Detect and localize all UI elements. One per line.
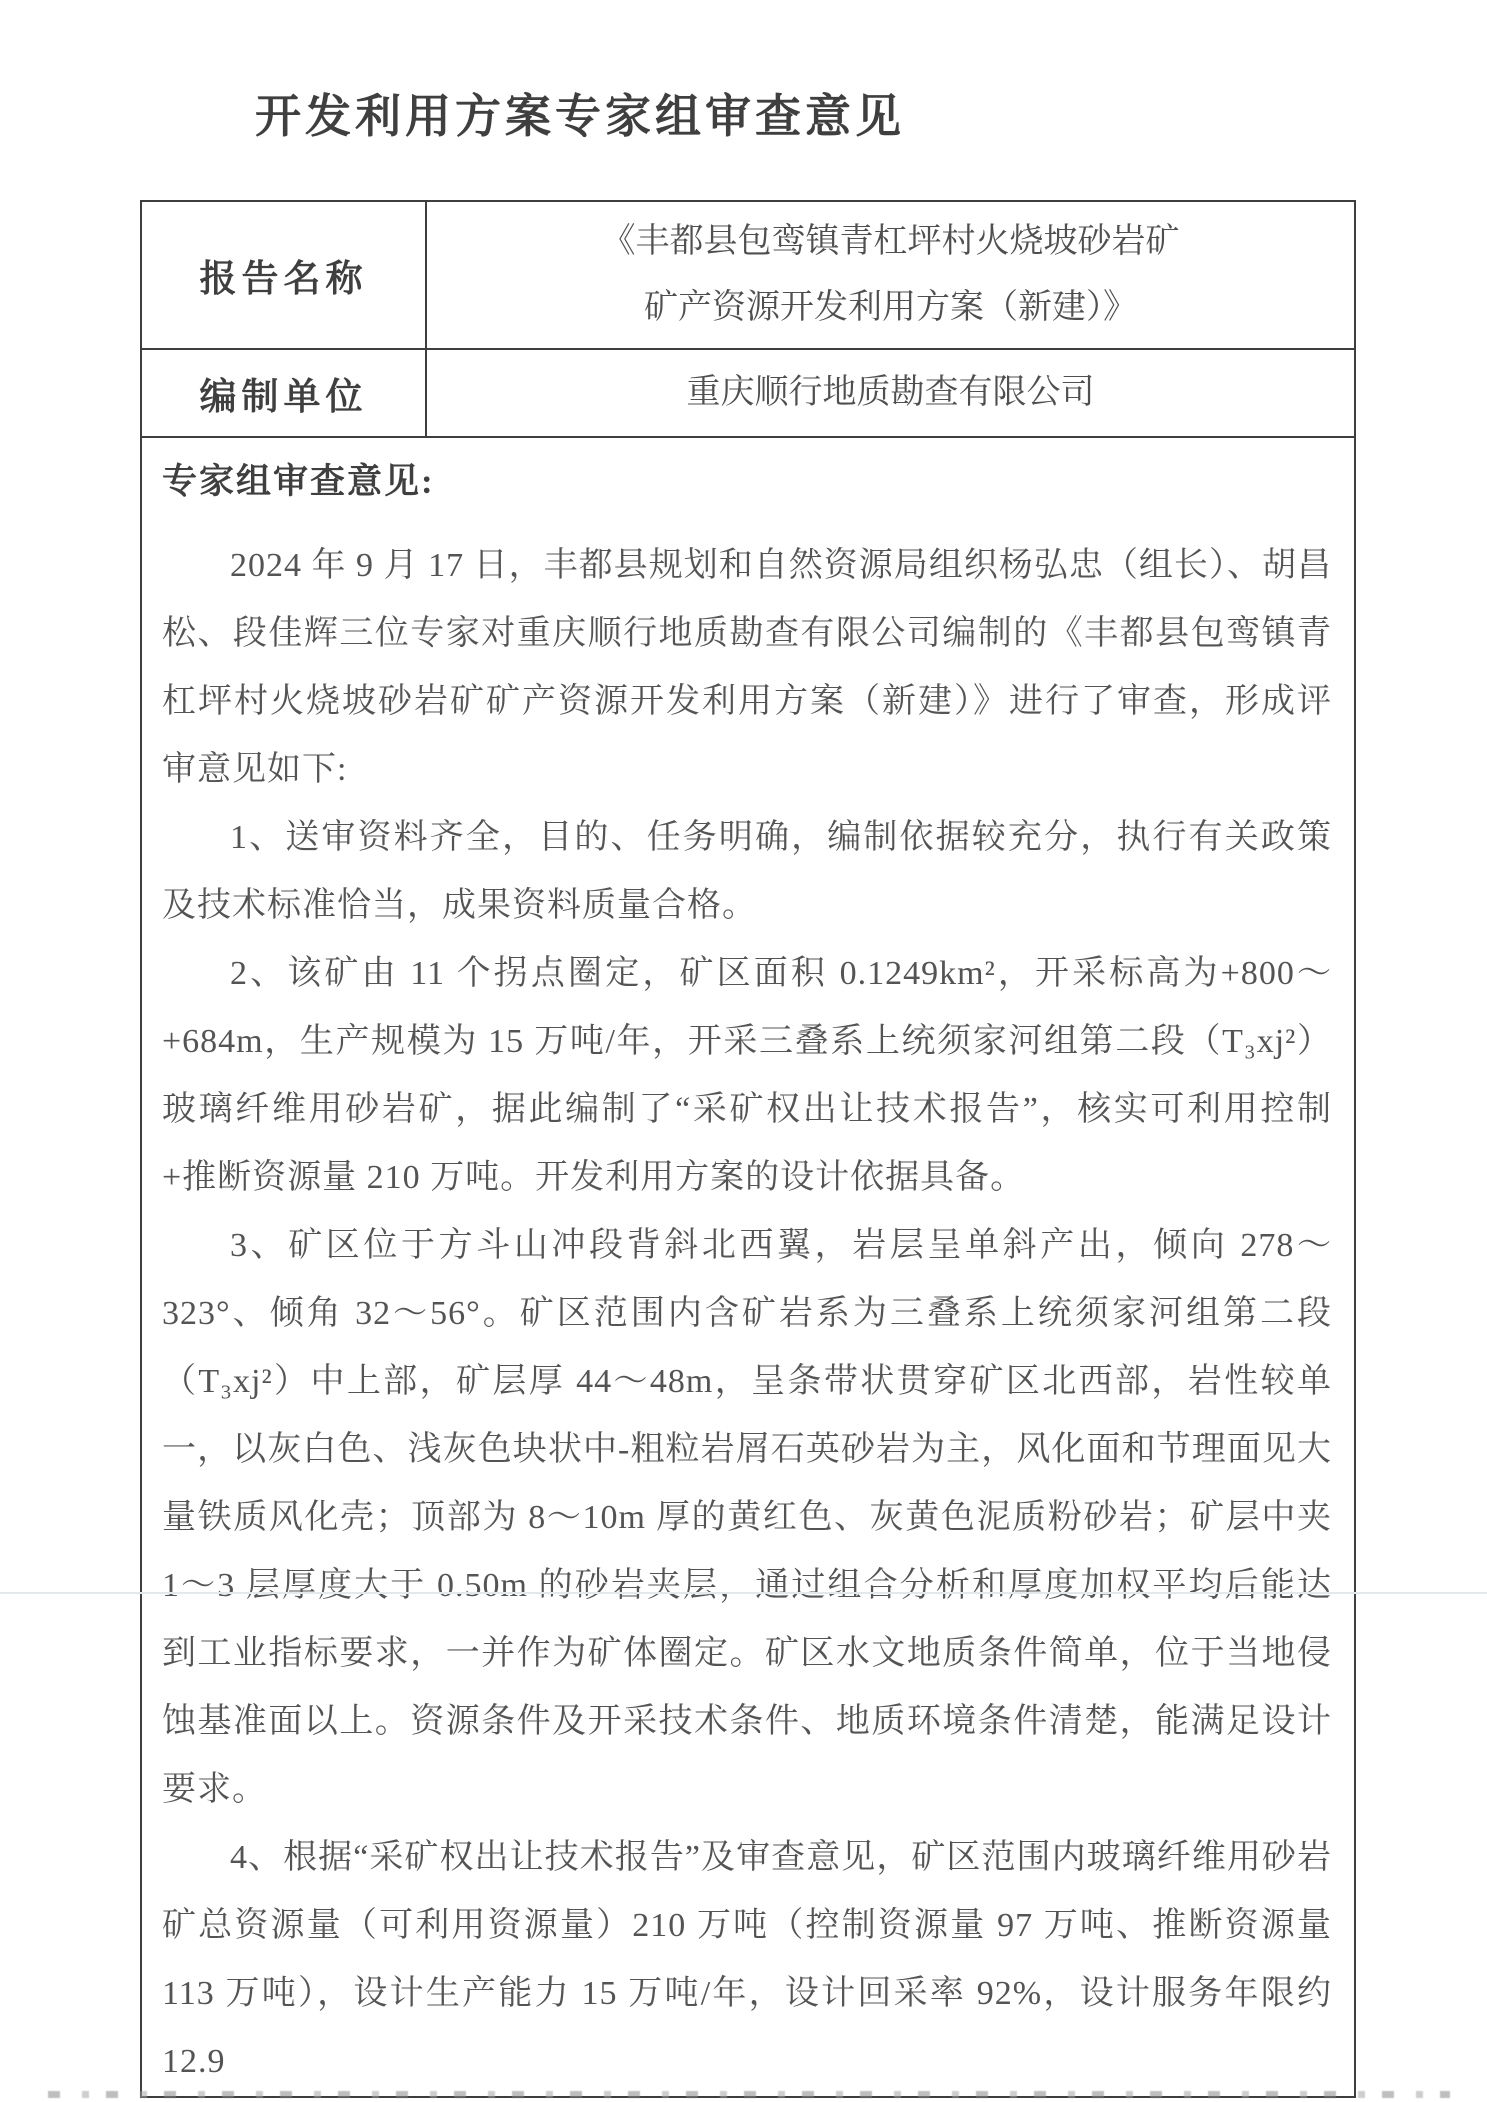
opinion-heading: 专家组审查意见: (162, 454, 1332, 504)
review-table: 报告名称 《丰都县包鸾镇青杠坪村火烧坡砂岩矿 矿产资源开发利用方案（新建）》 编… (140, 200, 1356, 2098)
opinion-section: 专家组审查意见: 2024 年 9 月 17 日，丰都县规划和自然资源局组织杨弘… (141, 437, 1355, 2097)
report-name-line-2: 矿产资源开发利用方案（新建）》 (428, 275, 1353, 341)
page: 开发利用方案专家组审查意见 报告名称 《丰都县包鸾镇青杠坪村火烧坡砂岩矿 矿产资… (0, 0, 1487, 2102)
scan-artifact-line (0, 1592, 1487, 1594)
document-title: 开发利用方案专家组审查意见 (0, 0, 1160, 146)
review-paragraph-1: 2024 年 9 月 17 日，丰都县规划和自然资源局组织杨弘忠（组长）、胡昌松… (162, 532, 1332, 804)
compiling-unit-row: 编制单位 重庆顺行地质勘查有限公司 (141, 349, 1355, 437)
compiling-unit-value-cell: 重庆顺行地质勘查有限公司 (426, 349, 1355, 437)
report-name-label: 报告名称 (141, 201, 426, 349)
review-paragraph-2: 1、送审资料齐全，目的、任务明确，编制依据较充分，执行有关政策及技术标准恰当，成… (162, 804, 1332, 940)
report-name-row: 报告名称 《丰都县包鸾镇青杠坪村火烧坡砂岩矿 矿产资源开发利用方案（新建）》 (141, 201, 1355, 349)
report-name-value: 《丰都县包鸾镇青杠坪村火烧坡砂岩矿 矿产资源开发利用方案（新建）》 (426, 201, 1355, 349)
compiling-unit-label: 编制单位 (141, 349, 426, 437)
report-name-line-1: 《丰都县包鸾镇青杠坪村火烧坡砂岩矿 (428, 209, 1353, 275)
review-paragraph-5: 4、根据“采矿权出让技术报告”及审查意见，矿区范围内玻璃纤维用砂岩矿总资源量（可… (162, 1824, 1332, 2096)
review-paragraph-3: 2、该矿由 11 个拐点圈定，矿区面积 0.1249km²，开采标高为+800～… (162, 940, 1332, 1212)
compiling-unit-value: 重庆顺行地质勘查有限公司 (428, 360, 1353, 426)
bottom-scan-artifact (48, 2091, 1450, 2098)
opinion-row: 专家组审查意见: 2024 年 9 月 17 日，丰都县规划和自然资源局组织杨弘… (141, 437, 1355, 2097)
review-paragraph-4: 3、矿区位于方斗山冲段背斜北西翼，岩层呈单斜产出，倾向 278～323°、倾角 … (162, 1212, 1332, 1824)
